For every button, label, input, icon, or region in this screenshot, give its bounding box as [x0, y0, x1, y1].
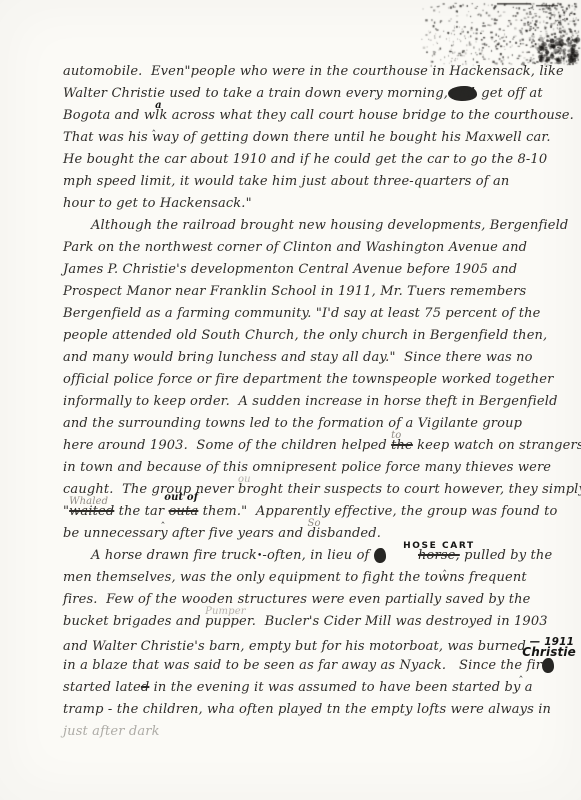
text-segment: bucket brigades and: [63, 614, 205, 629]
text-segment: lk: [155, 108, 167, 123]
text-segment: and many would bring lunchess and stay a…: [63, 350, 533, 365]
scanned-page: automobile. Even"people who were in the …: [0, 0, 581, 800]
correction-anchor: Pumperpupper.: [205, 614, 256, 629]
text-segment: Bergenfield as a farming community. "I'd…: [63, 306, 541, 321]
text-segment: Prospect Manor near Franklin School in 1…: [63, 284, 526, 299]
text-line: bucket brigades and Pumperpupper. Bucler…: [63, 614, 529, 636]
text-segment: mph speed limit, it would take him just …: [63, 174, 509, 189]
paragraph: Although the railroad brought new housin…: [63, 218, 529, 548]
text-segment: started late: [63, 680, 141, 695]
text-segment: in the evening it was assumed to have be…: [149, 680, 532, 695]
text-line: Although the railroad brought new housin…: [63, 218, 529, 240]
text-line: in town and because of this omnipresent …: [63, 460, 529, 482]
handwritten-annotation: out of: [164, 493, 198, 503]
text-segment: and: [448, 86, 477, 101]
text-segment: e: [542, 658, 554, 673]
text-segment: and the surrounding towns led to the for…: [63, 416, 522, 431]
struck-text: outa: [169, 504, 199, 519]
text-segment: people attended old South Church, the on…: [63, 328, 547, 343]
handwritten-annotation: Pumper: [205, 607, 246, 617]
text-line: automobile. Even"people who were in the …: [63, 64, 529, 86]
text-segment: Walter Christie used to take a train dow…: [63, 86, 448, 101]
text-line: hour to get to Hackensack.": [63, 196, 529, 218]
text-segment: official police force or fire department…: [63, 372, 553, 387]
handwritten-annotation: to: [391, 431, 401, 441]
text-segment: just after dark: [63, 724, 160, 739]
text-line: people attended old South Church, the on…: [63, 328, 529, 350]
text-line: and the surrounding towns led to the for…: [63, 416, 529, 438]
correction-anchor: Whaledwaited: [69, 504, 114, 519]
text-segment: tramp - the children, wha often played t…: [63, 702, 551, 717]
document-text: automobile. Even"people who were in the …: [63, 64, 529, 746]
text-line: Bogota and walk across what they call co…: [63, 108, 529, 130]
text-segment: the tar: [114, 504, 164, 519]
text-segment: fires. Few of the wooden structures were…: [63, 592, 530, 607]
text-line: fires. Few of the wooden structures were…: [63, 592, 529, 614]
text-segment: their suspects to court however, they si…: [283, 482, 581, 497]
text-line: and Walter Christie's barn, empty but fo…: [63, 636, 529, 658]
text-line: He bought the car about 1910 and if he c…: [63, 152, 529, 174]
text-segment: James P. Christie's developmenton Centra…: [63, 262, 517, 277]
text-segment: and Walter Christie's barn, empty but fo…: [63, 639, 526, 654]
text-segment: hour to get to Hackensack.": [63, 196, 252, 211]
text-line: "Whaledwaited the tarout of outa them." …: [63, 504, 529, 526]
paragraph: A horse drawn fire truck•-often, in lieu…: [63, 548, 529, 746]
text-line: tramp - the children, wha often played t…: [63, 702, 529, 724]
text-line: caught. The group never oubroght their s…: [63, 482, 529, 504]
text-segment: He bought the car about 1910 and if he c…: [63, 152, 547, 167]
text-segment: Bucler's Cider Mill was destroyed in 190…: [256, 614, 548, 629]
text-line: in a blaze that was said to be seen as f…: [63, 658, 529, 680]
paragraph: automobile. Even"people who were in the …: [63, 64, 529, 218]
text-line: That was his way of getting down there u…: [63, 130, 529, 152]
text-segment: across what they call court house bridge…: [167, 108, 573, 123]
text-segment: keep watch on strangers: [413, 438, 581, 453]
text-segment: Although the railroad brought new housin…: [91, 218, 568, 233]
text-segment: That was his way of getting down there u…: [63, 130, 551, 145]
text-segment: -often, in lieu of: [262, 548, 373, 563]
text-segment: Bogota and w: [63, 108, 155, 123]
text-line: and many would bring lunchess and stay a…: [63, 350, 529, 372]
handwritten-annotation: So: [307, 519, 320, 529]
text-line: Walter Christie used to take a train dow…: [63, 86, 529, 108]
text-segment: A horse drawn fire truck: [91, 548, 257, 563]
correction-anchor: tothe: [391, 438, 413, 453]
handwritten-annotation: Christie: [522, 646, 576, 658]
text-segment: them." Apparently effective, the group w…: [198, 504, 557, 519]
correction-anchor: HOSE CARThorse,: [390, 548, 460, 563]
text-segment: caught. The group never: [63, 482, 238, 497]
text-line: started lated in the evening it was assu…: [63, 680, 529, 702]
text-line: here around 1903. Some of the children h…: [63, 438, 529, 460]
text-line: informally to keep order. A sudden incre…: [63, 394, 529, 416]
correction-anchor: Sodisbanded.: [307, 526, 381, 541]
text-segment: fir: [522, 658, 542, 673]
text-line: A horse drawn fire truck•-often, in lieu…: [63, 548, 529, 570]
text-line: official police force or fire department…: [63, 372, 529, 394]
text-segment: automobile. Even"people who were in the …: [63, 64, 564, 79]
text-segment: men themselves, was the only equipment t…: [63, 570, 527, 585]
text-line: just after dark: [63, 724, 529, 746]
text-line: mph speed limit, it would take him just …: [63, 174, 529, 196]
text-segment: Park on the northwest corner of Clinton …: [63, 240, 527, 255]
text-line: James P. Christie's developmenton Centra…: [63, 262, 529, 284]
correction-anchor: alk: [155, 108, 167, 123]
handwritten-annotation: ou: [238, 475, 251, 485]
handwritten-annotation: Whaled: [69, 497, 108, 507]
text-segment: get off at: [477, 86, 543, 101]
text-segment: in a blaze that was said to be seen as f…: [63, 658, 522, 673]
text-segment: in town and because of this omnipresent …: [63, 460, 551, 475]
text-segment: here around 1903. Some of the children h…: [63, 438, 391, 453]
text-segment: be unnecessary after five years and: [63, 526, 307, 541]
text-line: Park on the northwest corner of Clinton …: [63, 240, 529, 262]
struck-text: horse,: [418, 548, 460, 563]
text-line: Prospect Manor near Franklin School in 1…: [63, 284, 529, 306]
text-line: Bergenfield as a farming community. "I'd…: [63, 306, 529, 328]
text-segment: informally to keep order. A sudden incre…: [63, 394, 558, 409]
text-line: men themselves, was the only equipment t…: [63, 570, 529, 592]
correction-anchor: oubroght: [238, 482, 283, 497]
